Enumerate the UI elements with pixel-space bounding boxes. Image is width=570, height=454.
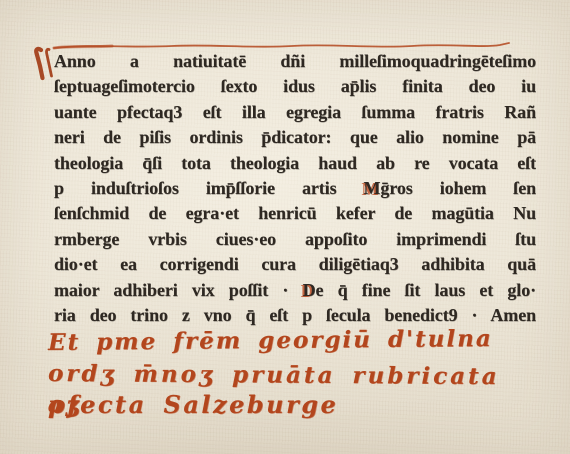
colophon-line: maior adhiberi vix poſſit · De q̄ fine ſ… [54, 278, 536, 303]
colophon-line: p induſtrioſos imp̄ſſorie artis Mḡros io… [54, 176, 536, 201]
rubricator-note-line: Et pme frēm georgiū d'tulna [48, 323, 548, 358]
rubricator-note-line: pfecta Salzeburge [48, 389, 548, 420]
rubricator-inscription: Et pme frēm georgiū d'tulnaordʒ m̄noʒ pr… [48, 327, 548, 420]
colophon-text: uante pfectaq3 eſt illa egregia ſumma fr… [54, 102, 536, 122]
colophon-text: ria deo trino z vno q̄ eſt p ſecula bene… [54, 305, 536, 325]
colophon-text: p induſtrioſos imp̄ſſorie artis [54, 178, 364, 198]
colophon-text: rmberge vrbis ciues·eo appoſito imprimen… [54, 229, 536, 249]
colophon-text: ḡros iohem ſen [380, 178, 536, 198]
colophon-line: uante pfectaq3 eſt illa egregia ſumma fr… [54, 100, 536, 125]
colophon-text: ſeptuageſimotercio ſexto idus ap̄lis fin… [54, 76, 536, 96]
incunabulum-page: Anno a natiuitatē dñi milleſimoquadringē… [0, 0, 570, 454]
colophon-text: maior adhiberi vix poſſit · [54, 280, 303, 300]
paragraph-mark-icon [33, 46, 55, 82]
colophon-text: dio·et ea corrigendi cura diligētiaq3 ad… [54, 254, 536, 274]
colophon-text: theologia q̄ſi tota theologia haud ab re… [54, 153, 536, 173]
colophon-line: Anno a natiuitatē dñi milleſimoquadringē… [54, 49, 536, 74]
colophon-text-block: Anno a natiuitatē dñi milleſimoquadringē… [54, 49, 536, 328]
colophon-line: dio·et ea corrigendi cura diligētiaq3 ad… [54, 252, 536, 277]
colophon-text: e q̄ fine ſit laus et glo· [315, 280, 536, 300]
colophon-text: neri de piſis ordinis p̄dicator: que ali… [54, 127, 536, 147]
rubricator-note-line: ordʒ m̄noʒ pruāta rubricata aʒ [48, 358, 548, 392]
colophon-line: theologia q̄ſi tota theologia haud ab re… [54, 151, 536, 176]
colophon-line: ſeptuageſimotercio ſexto idus ap̄lis fin… [54, 74, 536, 99]
colophon-line: ſenſchmid de egra·et henricū kefer de ma… [54, 201, 536, 226]
colophon-line: rmberge vrbis ciues·eo appoſito imprimen… [54, 227, 536, 252]
colophon-text: Anno a natiuitatē dñi milleſimoquadringē… [54, 51, 536, 71]
rubricated-initial: D [303, 280, 316, 300]
rubricated-initial: M [364, 178, 381, 198]
colophon-line: neri de piſis ordinis p̄dicator: que ali… [54, 125, 536, 150]
colophon-text: ſenſchmid de egra·et henricū kefer de ma… [54, 203, 536, 223]
